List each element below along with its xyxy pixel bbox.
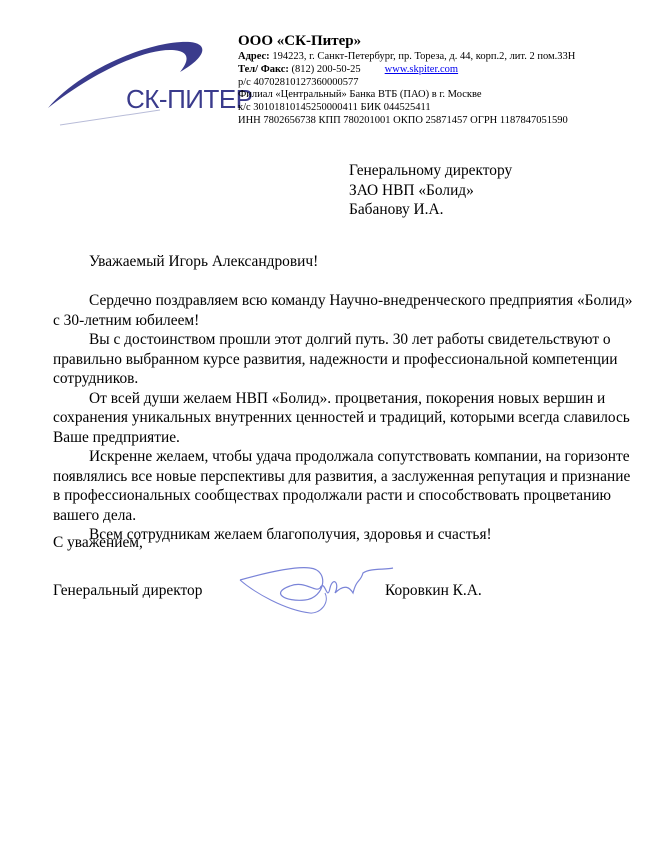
- letter-body: Уважаемый Игорь Александрович! Сердечно …: [53, 252, 633, 545]
- addressee-block: Генеральному директору ЗАО НВП «Болид» Б…: [349, 161, 512, 220]
- paragraph: Искренне желаем, чтобы удача продолжала …: [53, 447, 633, 525]
- addressee-line-3: Бабанову И.А.: [349, 200, 512, 220]
- paragraph: Сердечно поздравляем всю команду Научно-…: [53, 291, 633, 330]
- address-value: 194223, г. Санкт-Петербург, пр. Тореза, …: [270, 51, 576, 62]
- phone-value: (812) 200-50-25: [289, 64, 361, 75]
- greeting: Уважаемый Игорь Александрович!: [53, 252, 633, 272]
- signature-icon: [235, 558, 395, 618]
- phone-label: Тел/ Факс:: [238, 64, 289, 75]
- corr-account-line: к/с 30101810145250000411 БИК 044525411: [238, 102, 575, 115]
- company-name: ООО «СК-Питер»: [238, 33, 575, 50]
- website-link[interactable]: www.skpiter.com: [385, 64, 458, 75]
- logo-text: СК-ПИТЕР: [126, 84, 253, 115]
- addressee-line-2: ЗАО НВП «Болид»: [349, 181, 512, 201]
- signer-name: Коровкин К.А.: [385, 582, 482, 600]
- ids-line: ИНН 7802656738 КПП 780201001 ОКПО 258714…: [238, 115, 575, 128]
- addressee-line-1: Генеральному директору: [349, 161, 512, 181]
- signer-title: Генеральный директор: [53, 582, 202, 600]
- address-line: Адрес: 194223, г. Санкт-Петербург, пр. Т…: [238, 51, 575, 64]
- phone-line: Тел/ Факс: (812) 200-50-25www.skpiter.co…: [238, 64, 575, 77]
- bank-line: Филиал «Центральный» Банка ВТБ (ПАО) в г…: [238, 89, 575, 102]
- letterhead: ООО «СК-Питер» Адрес: 194223, г. Санкт-П…: [238, 33, 575, 128]
- account-line: р/с 40702810127360000577: [238, 77, 575, 90]
- paragraph: От всей души желаем НВП «Болид». процвет…: [53, 389, 633, 448]
- company-logo: СК-ПИТЕР: [40, 30, 230, 140]
- closing: С уважением,: [53, 534, 143, 552]
- paragraph: Вы с достоинством прошли этот долгий пут…: [53, 330, 633, 389]
- address-label: Адрес:: [238, 51, 270, 62]
